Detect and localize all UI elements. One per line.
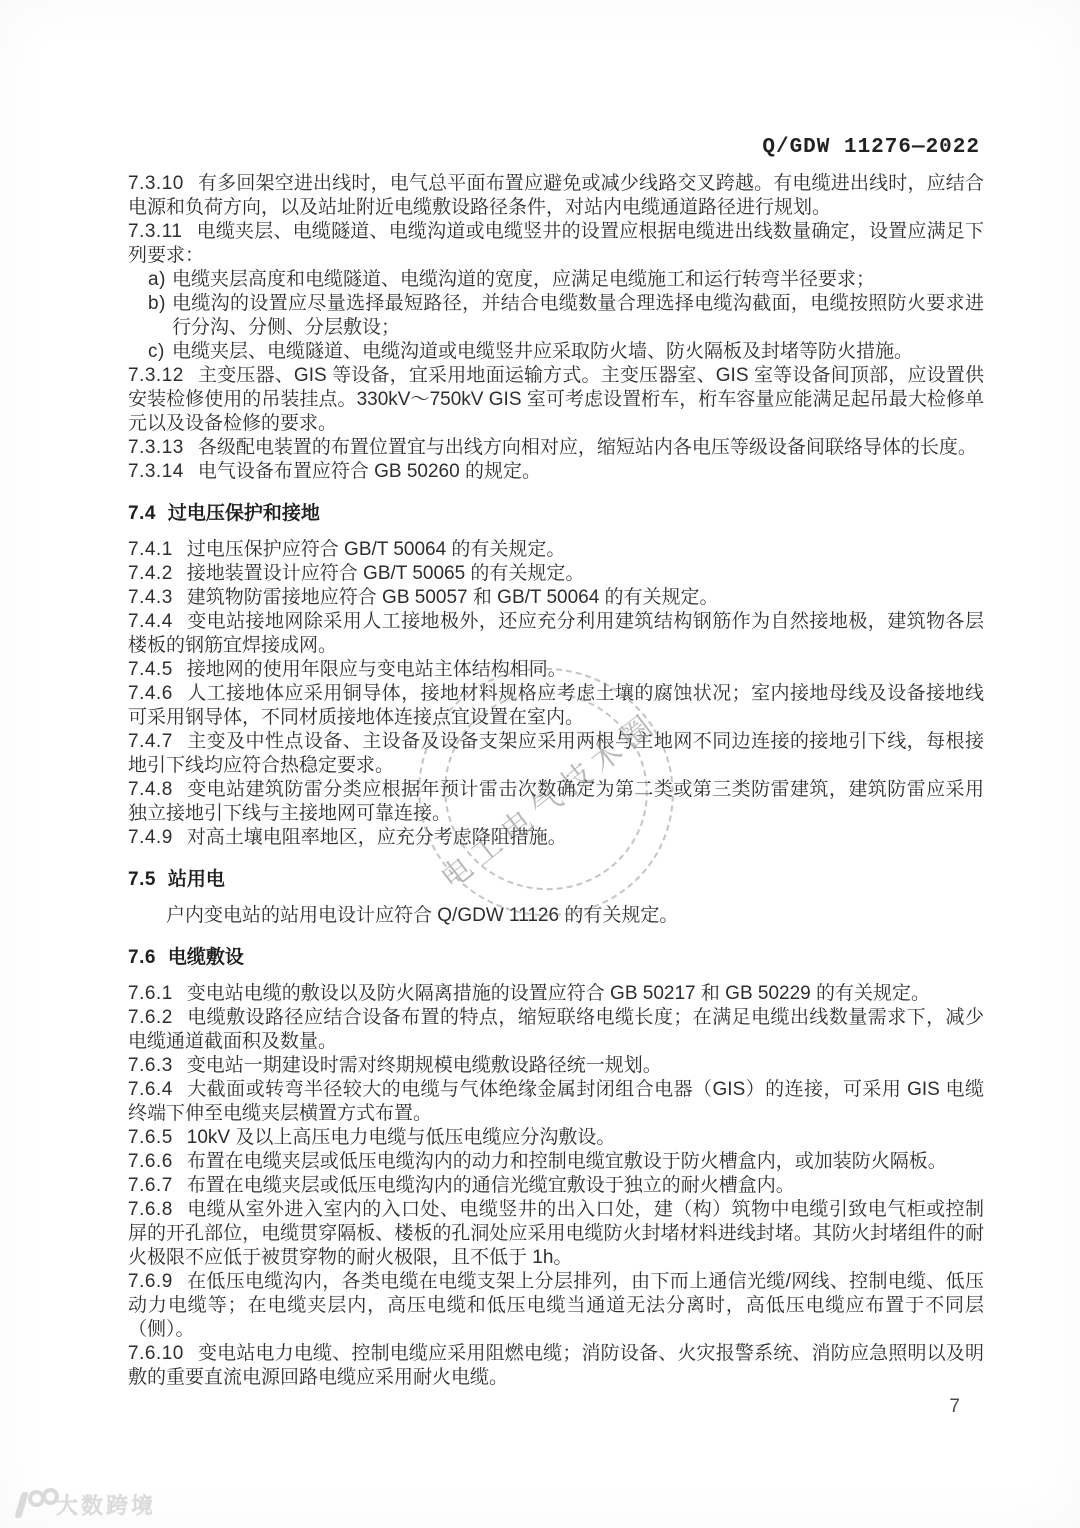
clause-text: 主变压器、GIS 等设备，宜采用地面运输方式。主变压器室、GIS 室等设备间顶部… [128,365,984,434]
brand-text: 大数跨境 [56,1489,156,1520]
clause-number: c) [148,340,165,364]
clause-number: 7.6.7 [128,1175,173,1196]
clause-text: 主变及中性点设备、主设备及设备支架应采用两根与主地网不同边连接的接地引下线，每根… [128,731,984,776]
clause-number: 7.3.14 [128,461,184,482]
doc-number: Q/GDW 11276—2022 [762,136,980,159]
document-page: Q/GDW 11276—2022 7.3.10有多回架空进出线时，电气总平面布置… [0,0,1080,1528]
clause: 7.3.14电气设备布置应符合 GB 50260 的规定。 [128,460,984,484]
clause: 7.3.10有多回架空进出线时，电气总平面布置应避免或减少线路交叉跨越。有电缆进… [128,172,984,220]
clause-text: 在低压电缆沟内，各类电缆在电缆支架上分层排列，由下而上通信光缆/网线、控制电缆、… [128,1271,984,1340]
clause-number: 7.4.2 [128,563,173,584]
clause-number: 7.6.5 [128,1127,173,1148]
clause-number: 7.4.6 [128,683,173,704]
clause-number: 7.6.6 [128,1151,173,1172]
clause: 7.4.6人工接地体应采用铜导体，接地材料规格应考虑土壤的腐蚀状况；室内接地母线… [128,682,984,730]
clause: 7.3.12主变压器、GIS 等设备，宜采用地面运输方式。主变压器室、GIS 室… [128,364,984,436]
clause: 7.4.3建筑物防雷接地应符合 GB 50057 和 GB/T 50064 的有… [128,586,984,610]
clause-number: 7.4.1 [128,539,173,560]
clause-number: b) [148,292,166,316]
clause-text: 有多回架空进出线时，电气总平面布置应避免或减少线路交叉跨越。有电缆进出线时，应结… [128,173,984,218]
clause: 7.6.2电缆敷设路径应结合设备布置的特点，缩短联络电缆长度；在满足电缆出线数量… [128,1006,984,1054]
clause-text: 布置在电缆夹层或低压电缆沟内的通信光缆宜敷设于独立的耐火槽盒内。 [187,1175,795,1196]
clause-number: 7.3.11 [128,221,182,242]
clause-number: 7.3.10 [128,173,184,194]
clause: 7.6.510kV 及以上高压电力电缆与低压电缆应分沟敷设。 [128,1126,984,1150]
clause-number: 7.6.10 [128,1343,184,1364]
clause-number: 7.6.3 [128,1055,173,1076]
clause-text: 对高土壤电阻率地区，应充分考虑降阻措施。 [187,827,567,848]
clause-text: 人工接地体应采用铜导体，接地材料规格应考虑土壤的腐蚀状况；室内接地母线及设备接地… [128,683,984,728]
page-number: 7 [949,1396,960,1418]
clause: 7.6.1变电站电缆的敷设以及防火隔离措施的设置应符合 GB 50217 和 G… [128,982,984,1006]
clause-number: 7.6.9 [128,1271,173,1292]
clause: 7.6.3变电站一期建设时需对终期规模电缆敷设路径统一规划。 [128,1054,984,1078]
clause-text: 电气设备布置应符合 GB 50260 的规定。 [198,461,541,482]
clause-number: 7.4.7 [128,731,173,752]
list-item: c)电缆夹层、电缆隧道、电缆沟道或电缆竖井应采取防火墙、防火隔板及封堵等防火措施… [128,340,984,364]
clause-number: a) [148,268,166,292]
clause: 7.4.7主变及中性点设备、主设备及设备支架应采用两根与主地网不同边连接的接地引… [128,730,984,778]
clause-text: 变电站一期建设时需对终期规模电缆敷设路径统一规划。 [187,1055,662,1076]
clause-number: 7.5 [128,869,156,890]
clause: 7.6.10变电站电力电缆、控制电缆应采用阻燃电缆；消防设备、火灾报警系统、消防… [128,1342,984,1390]
clause-text: 过电压保护应符合 GB/T 50064 的有关规定。 [187,539,566,560]
clause: 7.3.13各级配电装置的布置位置宜与出线方向相对应，缩短站内各电压等级设备间联… [128,436,984,460]
clause-number: 7.6.8 [128,1199,173,1220]
clause-number: 7.6 [128,947,156,968]
clause-number: 7.4.5 [128,659,173,680]
clause: 7.6.4大截面或转弯半径较大的电缆与气体绝缘金属封闭组合电器（GIS）的连接，… [128,1078,984,1126]
clause-text: 建筑物防雷接地应符合 GB 50057 和 GB/T 50064 的有关规定。 [187,587,719,608]
clause-number: 7.4 [128,503,156,524]
clause-text: 电缆沟的设置应尽量选择最短路径，并结合电缆数量合理选择电缆沟截面，电缆按照防火要… [172,293,984,338]
clause-text: 大截面或转弯半径较大的电缆与气体绝缘金属封闭组合电器（GIS）的连接，可采用 G… [128,1079,984,1124]
clause-text: 各级配电装置的布置位置宜与出线方向相对应，缩短站内各电压等级设备间联络导体的长度… [198,437,977,458]
clause: 7.4.2接地装置设计应符合 GB/T 50065 的有关规定。 [128,562,984,586]
clause-text: 电缆敷设 [168,947,244,968]
clause-text: 变电站建筑防雷分类应根据年预计雷击次数确定为第二类或第三类防雷建筑，建筑防雷应采… [128,779,984,824]
clause-number: 7.6.1 [128,983,173,1004]
section-heading: 7.5站用电 [128,868,984,892]
section-heading: 7.6电缆敷设 [128,946,984,970]
clause-number: 7.4.3 [128,587,173,608]
clause-number: 7.6.4 [128,1079,173,1100]
clause-number: 7.4.4 [128,611,173,632]
clause-text: 过电压保护和接地 [168,503,320,524]
clause-text: 接地装置设计应符合 GB/T 50065 的有关规定。 [187,563,585,584]
clause-text: 变电站电缆的敷设以及防火隔离措施的设置应符合 GB 50217 和 GB 502… [187,983,930,1004]
clause-text: 变电站电力电缆、控制电缆应采用阻燃电缆；消防设备、火灾报警系统、消防应急照明以及… [128,1343,984,1388]
clause: 7.6.7布置在电缆夹层或低压电缆沟内的通信光缆宜敷设于独立的耐火槽盒内。 [128,1174,984,1198]
clause-text: 户内变电站的站用电设计应符合 Q/GDW 11126 的有关规定。 [166,905,678,926]
clause: 7.6.6布置在电缆夹层或低压电缆沟内的动力和控制电缆宜敷设于防火槽盒内，或加装… [128,1150,984,1174]
document-header: Q/GDW 11276—2022 [128,136,980,159]
clause-text: 接地网的使用年限应与变电站主体结构相同。 [187,659,567,680]
clause-text: 电缆从室外进入室内的入口处、电缆竖井的出入口处，建（构）筑物中电缆引致电气柜或控… [128,1199,984,1268]
clause-number: 7.3.13 [128,437,184,458]
clause-text: 电缆夹层、电缆隧道、电缆沟道或电缆竖井的设置应根据电缆进出线数量确定，设置应满足… [128,221,984,266]
clause-text: 布置在电缆夹层或低压电缆沟内的动力和控制电缆宜敷设于防火槽盒内，或加装防火隔板。 [187,1151,947,1172]
paragraph: 户内变电站的站用电设计应符合 Q/GDW 11126 的有关规定。 [128,904,984,928]
clause: 7.4.8变电站建筑防雷分类应根据年预计雷击次数确定为第二类或第三类防雷建筑，建… [128,778,984,826]
clause: 7.4.4变电站接地网除采用人工接地极外，还应充分利用建筑结构钢筋作为自然接地极… [128,610,984,658]
clause-text: 10kV 及以上高压电力电缆与低压电缆应分沟敷设。 [187,1127,616,1148]
clause-text: 站用电 [168,869,225,890]
clause: 7.4.5接地网的使用年限应与变电站主体结构相同。 [128,658,984,682]
clause-text: 变电站接地网除采用人工接地极外，还应充分利用建筑结构钢筋作为自然接地极，建筑物各… [128,611,984,656]
footer-brand: 大数跨境 [8,1486,156,1522]
clause: 7.6.8电缆从室外进入室内的入口处、电缆竖井的出入口处，建（构）筑物中电缆引致… [128,1198,984,1270]
clause: 7.6.9在低压电缆沟内，各类电缆在电缆支架上分层排列，由下而上通信光缆/网线、… [128,1270,984,1342]
clause-text: 电缆夹层高度和电缆隧道、电缆沟道的宽度，应满足电缆施工和运行转弯半径要求； [172,269,875,290]
clause-number: 7.6.2 [128,1007,173,1028]
list-item: a)电缆夹层高度和电缆隧道、电缆沟道的宽度，应满足电缆施工和运行转弯半径要求； [128,268,984,292]
section-heading: 7.4过电压保护和接地 [128,502,984,526]
brand-logo-icon [8,1486,56,1522]
clause-number: 7.4.8 [128,779,173,800]
clause-number: 7.4.9 [128,827,173,848]
clause: 7.3.11电缆夹层、电缆隧道、电缆沟道或电缆竖井的设置应根据电缆进出线数量确定… [128,220,984,268]
document-body: 7.3.10有多回架空进出线时，电气总平面布置应避免或减少线路交叉跨越。有电缆进… [128,172,984,1390]
clause-text: 电缆夹层、电缆隧道、电缆沟道或电缆竖井应采取防火墙、防火隔板及封堵等防火措施。 [172,341,913,362]
clause-text: 电缆敷设路径应结合设备布置的特点，缩短联络电缆长度；在满足电缆出线数量需求下，减… [128,1007,984,1052]
clause: 7.4.9对高土壤电阻率地区，应充分考虑降阻措施。 [128,826,984,850]
clause-number: 7.3.12 [128,365,184,386]
list-item: b)电缆沟的设置应尽量选择最短路径，并结合电缆数量合理选择电缆沟截面，电缆按照防… [128,292,984,340]
clause: 7.4.1过电压保护应符合 GB/T 50064 的有关规定。 [128,538,984,562]
